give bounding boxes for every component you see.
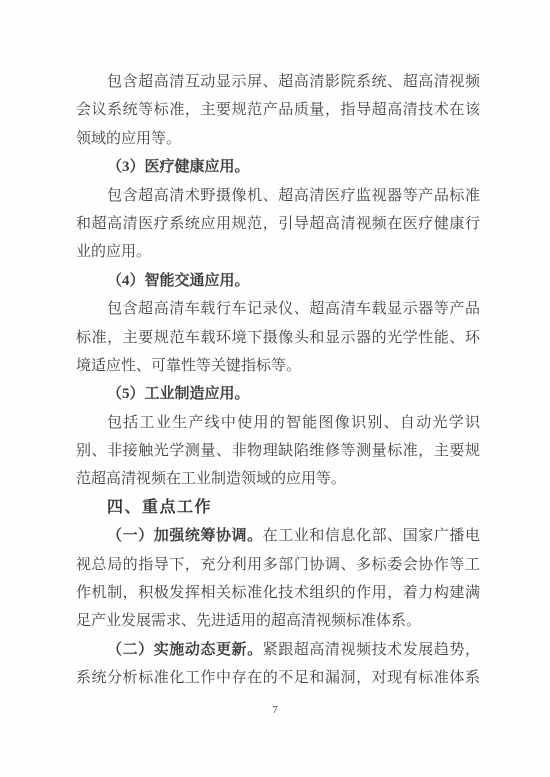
text-line: 和超高清医疗系统应用规范，引导超高清视频在医疗健康行 — [76, 210, 480, 238]
text-line: 会议系统等标准，主要规范产品质量，指导超高清技术在该 — [76, 96, 480, 124]
text-line: 作机制，积极发挥相关标准化技术组织的作用，着力构建满 — [76, 579, 480, 607]
paragraph-lead-bold: （一）加强统筹协调。 — [107, 528, 263, 544]
section-heading-industry: （5）工业制造应用。 — [76, 380, 480, 408]
text-line: （二）实施动态更新。紧跟超高清视频技术发展趋势， — [76, 636, 480, 664]
text-line: 视总局的指导下，充分利用多部门协调、多标委会协作等工 — [76, 551, 480, 579]
document-page: 包含超高清互动显示屏、超高清影院系统、超高清视频 会议系统等标准，主要规范产品质… — [0, 0, 550, 777]
text-line: 领域的应用等。 — [76, 125, 480, 153]
paragraph-text: 在工业和信息化部、国家广播电 — [263, 528, 480, 544]
text-line: 境适应性、可靠性等关键指标等。 — [76, 352, 480, 380]
text-line: 包括工业生产线中使用的智能图像识别、自动光学识 — [76, 409, 480, 437]
section-heading-transport: （4）智能交通应用。 — [76, 267, 480, 295]
text-line: 范超高清视频在工业制造领域的应用等。 — [76, 465, 480, 493]
text-line: 包含超高清车载行车记录仪、超高清车载显示器等产品 — [76, 295, 480, 323]
text-line: 标准，主要规范车载环境下摄像头和显示器的光学性能、环 — [76, 324, 480, 352]
text-line: 系统分析标准化工作中存在的不足和漏洞，对现有标准体系 — [76, 664, 480, 692]
chapter-heading-key-work: 四、重点工作 — [76, 494, 480, 522]
text-line: 别、非接触光学测量、非物理缺陷维修等测量标准，主要规 — [76, 437, 480, 465]
text-line: 足产业发展需求、先进适用的超高清视频标准体系。 — [76, 607, 480, 635]
text-line: 业的应用。 — [76, 238, 480, 266]
paragraph-text: 紧跟超高清视频技术发展趋势， — [263, 642, 480, 658]
section-heading-medical: （3）医疗健康应用。 — [76, 153, 480, 181]
text-line: （一）加强统筹协调。在工业和信息化部、国家广播电 — [76, 522, 480, 550]
page-number: 7 — [0, 704, 550, 716]
document-body: 包含超高清互动显示屏、超高清影院系统、超高清视频 会议系统等标准，主要规范产品质… — [76, 68, 480, 693]
text-line: 包含超高清互动显示屏、超高清影院系统、超高清视频 — [76, 68, 480, 96]
text-line: 包含超高清术野摄像机、超高清医疗监视器等产品标准 — [76, 182, 480, 210]
paragraph-lead-bold: （二）实施动态更新。 — [107, 642, 263, 658]
